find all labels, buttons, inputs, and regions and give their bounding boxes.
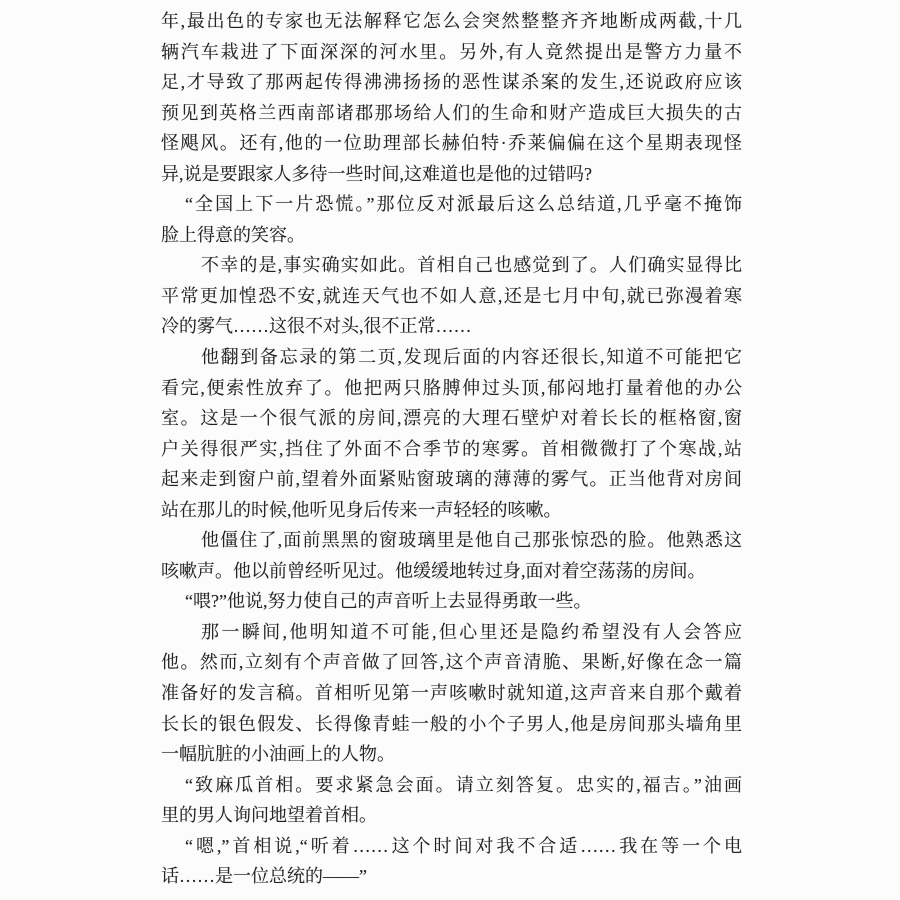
text-line: 那一瞬间,他明知道不可能,但心里还是隐约希望没有人会答应 xyxy=(161,617,742,648)
text-line: 预见到英格兰西南部诸郡那场给人们的生命和财产造成巨大损失的古 xyxy=(161,98,742,129)
book-page: 年,最出色的专家也无法解释它怎么会突然整整齐齐地断成两截,十几 辆汽车栽进了下面… xyxy=(0,0,900,900)
text-line: 站在那儿的时候,他听见身后传来一声轻轻的咳嗽。 xyxy=(161,495,742,526)
text-line: 怪飓风。还有,他的一位助理部长赫伯特·乔莱偏偏在这个星期表现怪 xyxy=(161,128,742,159)
body-text-block: 年,最出色的专家也无法解释它怎么会突然整整齐齐地断成两截,十几 辆汽车栽进了下面… xyxy=(161,6,742,892)
text-line: 咳嗽声。他以前曾经听见过。他缓缓地转过身,面对着空荡荡的房间。 xyxy=(161,556,742,587)
text-line: 他僵住了,面前黑黑的窗玻璃里是他自己那张惊恐的脸。他熟悉这 xyxy=(161,525,742,556)
text-line: 他翻到备忘录的第二页,发现后面的内容还很长,知道不可能把它 xyxy=(161,342,742,373)
text-line: 话……是一位总统的——” xyxy=(161,861,742,892)
text-line: 异,说是要跟家人多待一些时间,这难道也是他的过错吗? xyxy=(161,159,742,190)
text-line: 室。这是一个很气派的房间,漂亮的大理石壁炉对着长长的框格窗,窗 xyxy=(161,403,742,434)
text-line: “嗯,”首相说,“听着……这个时间对我不合适……我在等一个电 xyxy=(161,831,742,862)
text-line: “致麻瓜首相。要求紧急会面。请立刻答复。忠实的,福吉。”油画 xyxy=(161,770,742,801)
text-line: “喂?”他说,努力使自己的声音听上去显得勇敢一些。 xyxy=(161,586,742,617)
text-line: 平常更加惶恐不安,就连天气也不如人意,还是七月中旬,就已弥漫着寒 xyxy=(161,281,742,312)
text-line: 年,最出色的专家也无法解释它怎么会突然整整齐齐地断成两截,十几 xyxy=(161,6,742,37)
text-line: 起来走到窗户前,望着外面紧贴窗玻璃的薄薄的雾气。正当他背对房间 xyxy=(161,464,742,495)
text-line: 里的男人询问地望着首相。 xyxy=(161,800,742,831)
text-line: 长长的银色假发、长得像青蛙一般的小个子男人,他是房间那头墙角里 xyxy=(161,709,742,740)
text-line: 冷的雾气……这很不对头,很不正常…… xyxy=(161,311,742,342)
text-line: 准备好的发言稿。首相听见第一声咳嗽时就知道,这声音来自那个戴着 xyxy=(161,678,742,709)
text-line: 不幸的是,事实确实如此。首相自己也感觉到了。人们确实显得比 xyxy=(161,250,742,281)
text-line: 看完,便索性放弃了。他把两只胳膊伸过头顶,郁闷地打量着他的办公 xyxy=(161,373,742,404)
text-line: 足,才导致了那两起传得沸沸扬扬的恶性谋杀案的发生,还说政府应该 xyxy=(161,67,742,98)
text-line: 脸上得意的笑容。 xyxy=(161,220,742,251)
text-line: “全国上下一片恐慌。”那位反对派最后这么总结道,几乎毫不掩饰 xyxy=(161,189,742,220)
text-line: 辆汽车栽进了下面深深的河水里。另外,有人竟然提出是警方力量不 xyxy=(161,37,742,68)
text-line: 他。然而,立刻有个声音做了回答,这个声音清脆、果断,好像在念一篇 xyxy=(161,647,742,678)
text-line: 户关得很严实,挡住了外面不合季节的寒雾。首相微微打了个寒战,站 xyxy=(161,434,742,465)
text-line: 一幅肮脏的小油画上的人物。 xyxy=(161,739,742,770)
